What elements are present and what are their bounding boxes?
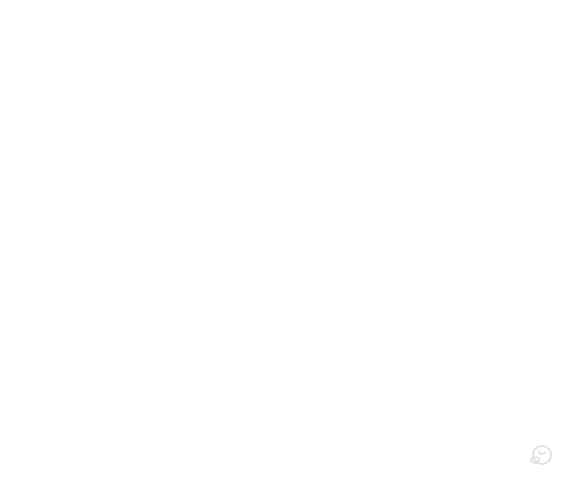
- page-title: [13, 4, 15, 21]
- document-page: { "title": "2015 年 5 月 25 日---29 日幼儿食谱",…: [0, 0, 582, 485]
- kindergarten-logo-icon: [527, 441, 555, 469]
- kindergarten-watermark: [527, 441, 560, 469]
